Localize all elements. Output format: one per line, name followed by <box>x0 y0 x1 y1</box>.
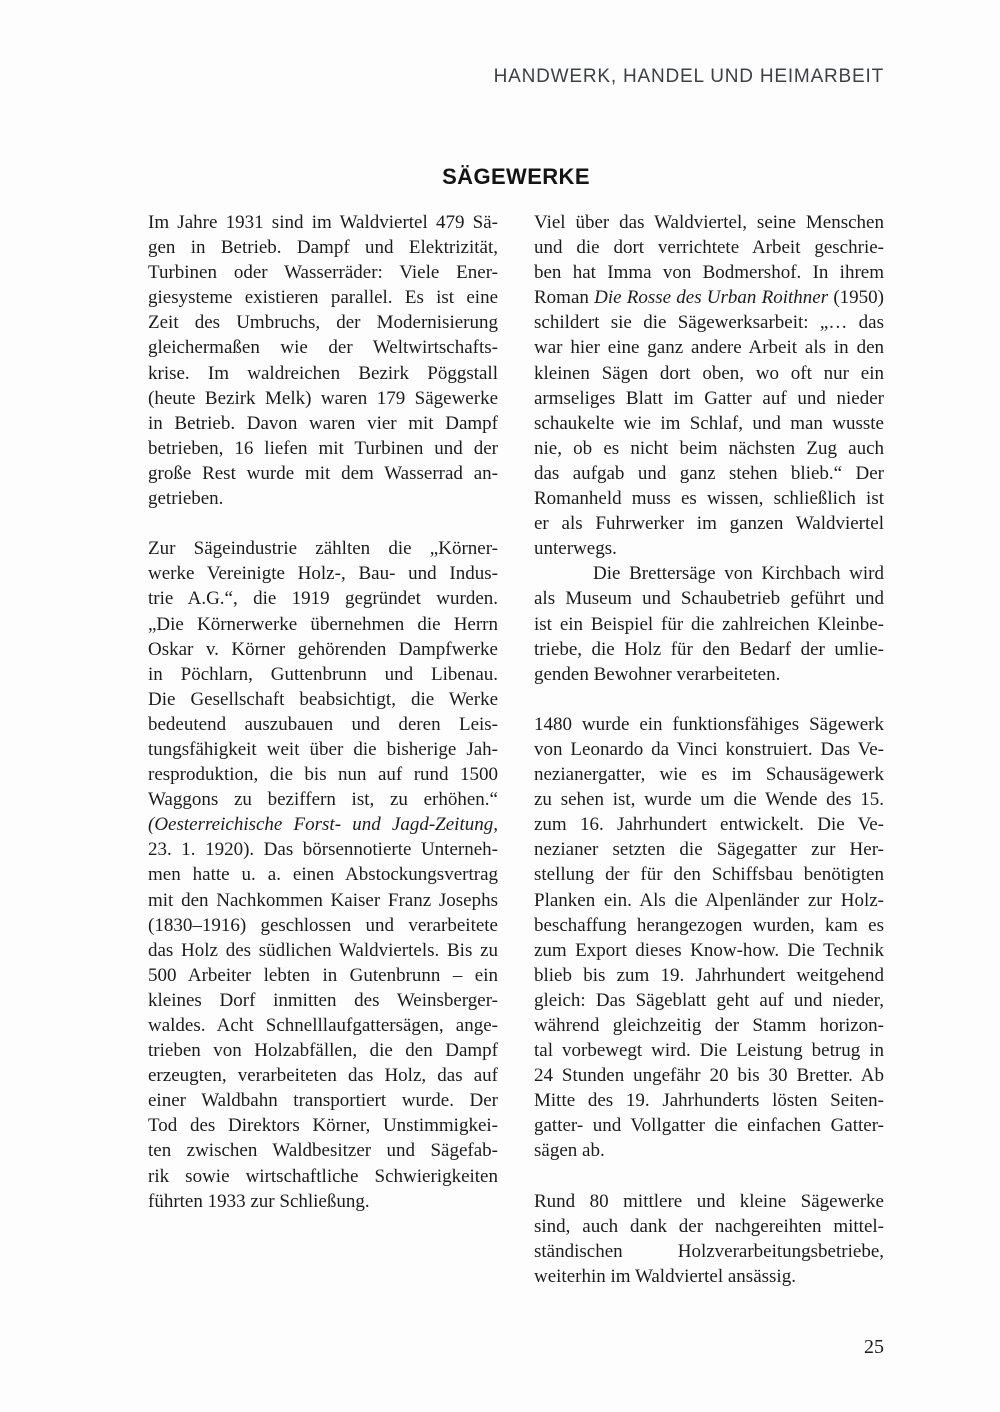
text-line: rik sowie wirtschaftliche Schwierigkeite… <box>148 1164 498 1189</box>
text-line: tungsfähigkeit weit über die bisherige J… <box>148 737 498 762</box>
text-line: gen in Betrieb. Dampf und Elektrizität, <box>148 235 498 260</box>
text-line: schaukelte wie im Schlaf, und man wusste <box>534 411 884 436</box>
text-line: betrieben, 16 liefen mit Turbinen und de… <box>148 436 498 461</box>
text-line: erzeugten, verarbeiteten das Holz, das a… <box>148 1063 498 1088</box>
text-line: das Holz des südlichen Waldviertels. Bis… <box>148 938 498 963</box>
text-line: Die Brettersäge von Kirchbach wird <box>534 561 884 586</box>
paragraph: Im Jahre 1931 sind im Waldviertel 479 Sä… <box>148 210 498 511</box>
text-line: während gleichzeitig der Stamm horizon- <box>534 1013 884 1038</box>
text-line: 500 Arbeiter lebten in Gutenbrunn – ein <box>148 963 498 988</box>
text-line: beschaffung herangezogen wurden, kam es <box>534 913 884 938</box>
text-line: (Oesterreichische Forst- und Jagd-Zeitun… <box>148 812 498 837</box>
text-line: ben hat Imma von Bodmershof. In ihrem <box>534 260 884 285</box>
text-line: (1830–1916) geschlossen und verarbeitete <box>148 913 498 938</box>
text-line: (heute Bezirk Melk) waren 179 Sägewerke <box>148 386 498 411</box>
text-line: Mitte des 19. Jahrhunderts lösten Seiten… <box>534 1088 884 1113</box>
text-line: weiterhin im Waldviertel ansässig. <box>534 1264 884 1289</box>
book-page: HANDWERK, HANDEL UND HEIMARBEIT SÄGEWERK… <box>0 0 1000 1412</box>
text-line: gleichermaßen wie der Weltwirtschafts- <box>148 335 498 360</box>
text-line: ist ein Beispiel für die zahlreichen Kle… <box>534 612 884 637</box>
right-column: Viel über das Waldviertel, seine Mensche… <box>534 210 884 1289</box>
paragraph: Die Brettersäge von Kirchbach wirdals Mu… <box>534 561 884 686</box>
paragraph: 1480 wurde ein funktionsfähiges Sägewerk… <box>534 712 884 1164</box>
text-line: genden Bewohner verarbeiteten. <box>534 662 884 687</box>
text-line: das aufgab und ganz stehen blieb.“ Der <box>534 461 884 486</box>
text-line: gleich: Das Sägeblatt geht auf und niede… <box>534 988 884 1013</box>
text-line: Zeit des Umbruchs, der Modernisierung <box>148 310 498 335</box>
paragraph: Rund 80 mittlere und kleine Sägewerkesin… <box>534 1189 884 1289</box>
text-line: zu sehen ist, wurde um die Wende des 15. <box>534 787 884 812</box>
text-line: zum 16. Jahrhundert entwickelt. Die Ve- <box>534 812 884 837</box>
text-line: zum Export dieses Know-how. Die Technik <box>534 938 884 963</box>
text-line: Tod des Direktors Körner, Unstimmigkei- <box>148 1113 498 1138</box>
text-line: sägen ab. <box>534 1138 884 1163</box>
text-line: 1480 wurde ein funktionsfähiges Sägewerk <box>534 712 884 737</box>
text-line: bedeutend auszubauen und deren Leis- <box>148 712 498 737</box>
text-line: ten zwischen Waldbesitzer und Sägefab- <box>148 1138 498 1163</box>
text-line: „Die Körnerwerke übernehmen die Herrn <box>148 612 498 637</box>
text-line: Oskar v. Körner gehörenden Dampfwerke <box>148 637 498 662</box>
text-line: Planken ein. Als die Alpenländer zur Hol… <box>534 888 884 913</box>
text-line: resproduktion, die bis nun auf rund 1500 <box>148 762 498 787</box>
paragraph: Viel über das Waldviertel, seine Mensche… <box>534 210 884 561</box>
text-line: kleines Dorf inmitten des Weinsberger- <box>148 988 498 1013</box>
text-line: als Museum und Schaubetrieb geführt und <box>534 586 884 611</box>
text-line: tal vorbewegt wird. Die Leistung betrug … <box>534 1038 884 1063</box>
text-line: führten 1933 zur Schließung. <box>148 1189 498 1214</box>
text-line: triebe, die Holz für den Bedarf der umli… <box>534 637 884 662</box>
text-line: getrieben. <box>148 486 498 511</box>
text-line: einer Waldbahn transportiert wurde. Der <box>148 1088 498 1113</box>
text-line: blieb bis zum 19. Jahrhundert weitgehend <box>534 963 884 988</box>
text-line: unterwegs. <box>534 536 884 561</box>
text-line: werke Vereinigte Holz-, Bau- und Indus- <box>148 561 498 586</box>
left-column: Im Jahre 1931 sind im Waldviertel 479 Sä… <box>148 210 498 1289</box>
chapter-title: SÄGEWERKE <box>148 164 884 190</box>
text-line: nie, ob es nicht beim nächsten Zug auch <box>534 436 884 461</box>
text-line: armseliges Blatt im Gatter auf und niede… <box>534 386 884 411</box>
text-line: trieben von Holzabfällen, die den Dampf <box>148 1038 498 1063</box>
text-line: 24 Stunden ungefähr 20 bis 30 Bretter. A… <box>534 1063 884 1088</box>
text-line: große Rest wurde mit dem Wasserrad an- <box>148 461 498 486</box>
text-line: mit den Nachkommen Kaiser Franz Josephs <box>148 888 498 913</box>
text-line: men hatte u. a. einen Abstockungsvertrag <box>148 862 498 887</box>
text-line: Turbinen oder Wasserräder: Viele Ener- <box>148 260 498 285</box>
text-line: Roman Die Rosse des Urban Roithner (1950… <box>534 285 884 310</box>
text-line: in Pöchlarn, Guttenbrunn und Libenau. <box>148 662 498 687</box>
paragraph: Zur Sägeindustrie zählten die „Körner-we… <box>148 536 498 1214</box>
text-line: sind, auch dank der nachgereihten mittel… <box>534 1214 884 1239</box>
page-number: 25 <box>148 1336 884 1359</box>
text-line: und die dort verrichtete Arbeit geschrie… <box>534 235 884 260</box>
running-header: HANDWERK, HANDEL UND HEIMARBEIT <box>148 66 884 88</box>
text-line: gatter- und Vollgatter die einfachen Gat… <box>534 1113 884 1138</box>
text-line: nezianergatter, wie es im Schausägewerk <box>534 762 884 787</box>
text-line: ständischen Holzverarbeitungsbetriebe, <box>534 1239 884 1264</box>
text-line: Die Gesellschaft beabsichtigt, die Werke <box>148 687 498 712</box>
text-line: trie A.G.“, die 1919 gegründet wurden. <box>148 586 498 611</box>
text-line: nezianer setzten die Sägegatter zur Her- <box>534 837 884 862</box>
text-line: giesysteme existieren parallel. Es ist e… <box>148 285 498 310</box>
text-line: Waggons zu beziffern ist, zu erhöhen.“ <box>148 787 498 812</box>
text-columns: Im Jahre 1931 sind im Waldviertel 479 Sä… <box>148 210 884 1289</box>
text-line: waldes. Acht Schnelllaufgattersägen, ang… <box>148 1013 498 1038</box>
text-line: Rund 80 mittlere und kleine Sägewerke <box>534 1189 884 1214</box>
text-line: schildert sie die Sägewerksarbeit: „… da… <box>534 310 884 335</box>
text-line: stellung der für den Schiffsbau benötigt… <box>534 862 884 887</box>
text-line: kleinen Sägen dort oben, wo oft nur ein <box>534 361 884 386</box>
text-line: von Leonardo da Vinci konstruiert. Das V… <box>534 737 884 762</box>
text-line: Zur Sägeindustrie zählten die „Körner- <box>148 536 498 561</box>
text-line: 23. 1. 1920). Das börsennotierte Unterne… <box>148 837 498 862</box>
text-line: Romanheld muss es wissen, schließlich is… <box>534 486 884 511</box>
text-line: Im Jahre 1931 sind im Waldviertel 479 Sä… <box>148 210 498 235</box>
text-line: war hier eine ganz andere Arbeit als in … <box>534 335 884 360</box>
text-line: in Betrieb. Davon waren vier mit Dampf <box>148 411 498 436</box>
text-line: Viel über das Waldviertel, seine Mensche… <box>534 210 884 235</box>
text-line: krise. Im waldreichen Bezirk Pöggstall <box>148 361 498 386</box>
text-line: er als Fuhrwerker im ganzen Waldviertel <box>534 511 884 536</box>
